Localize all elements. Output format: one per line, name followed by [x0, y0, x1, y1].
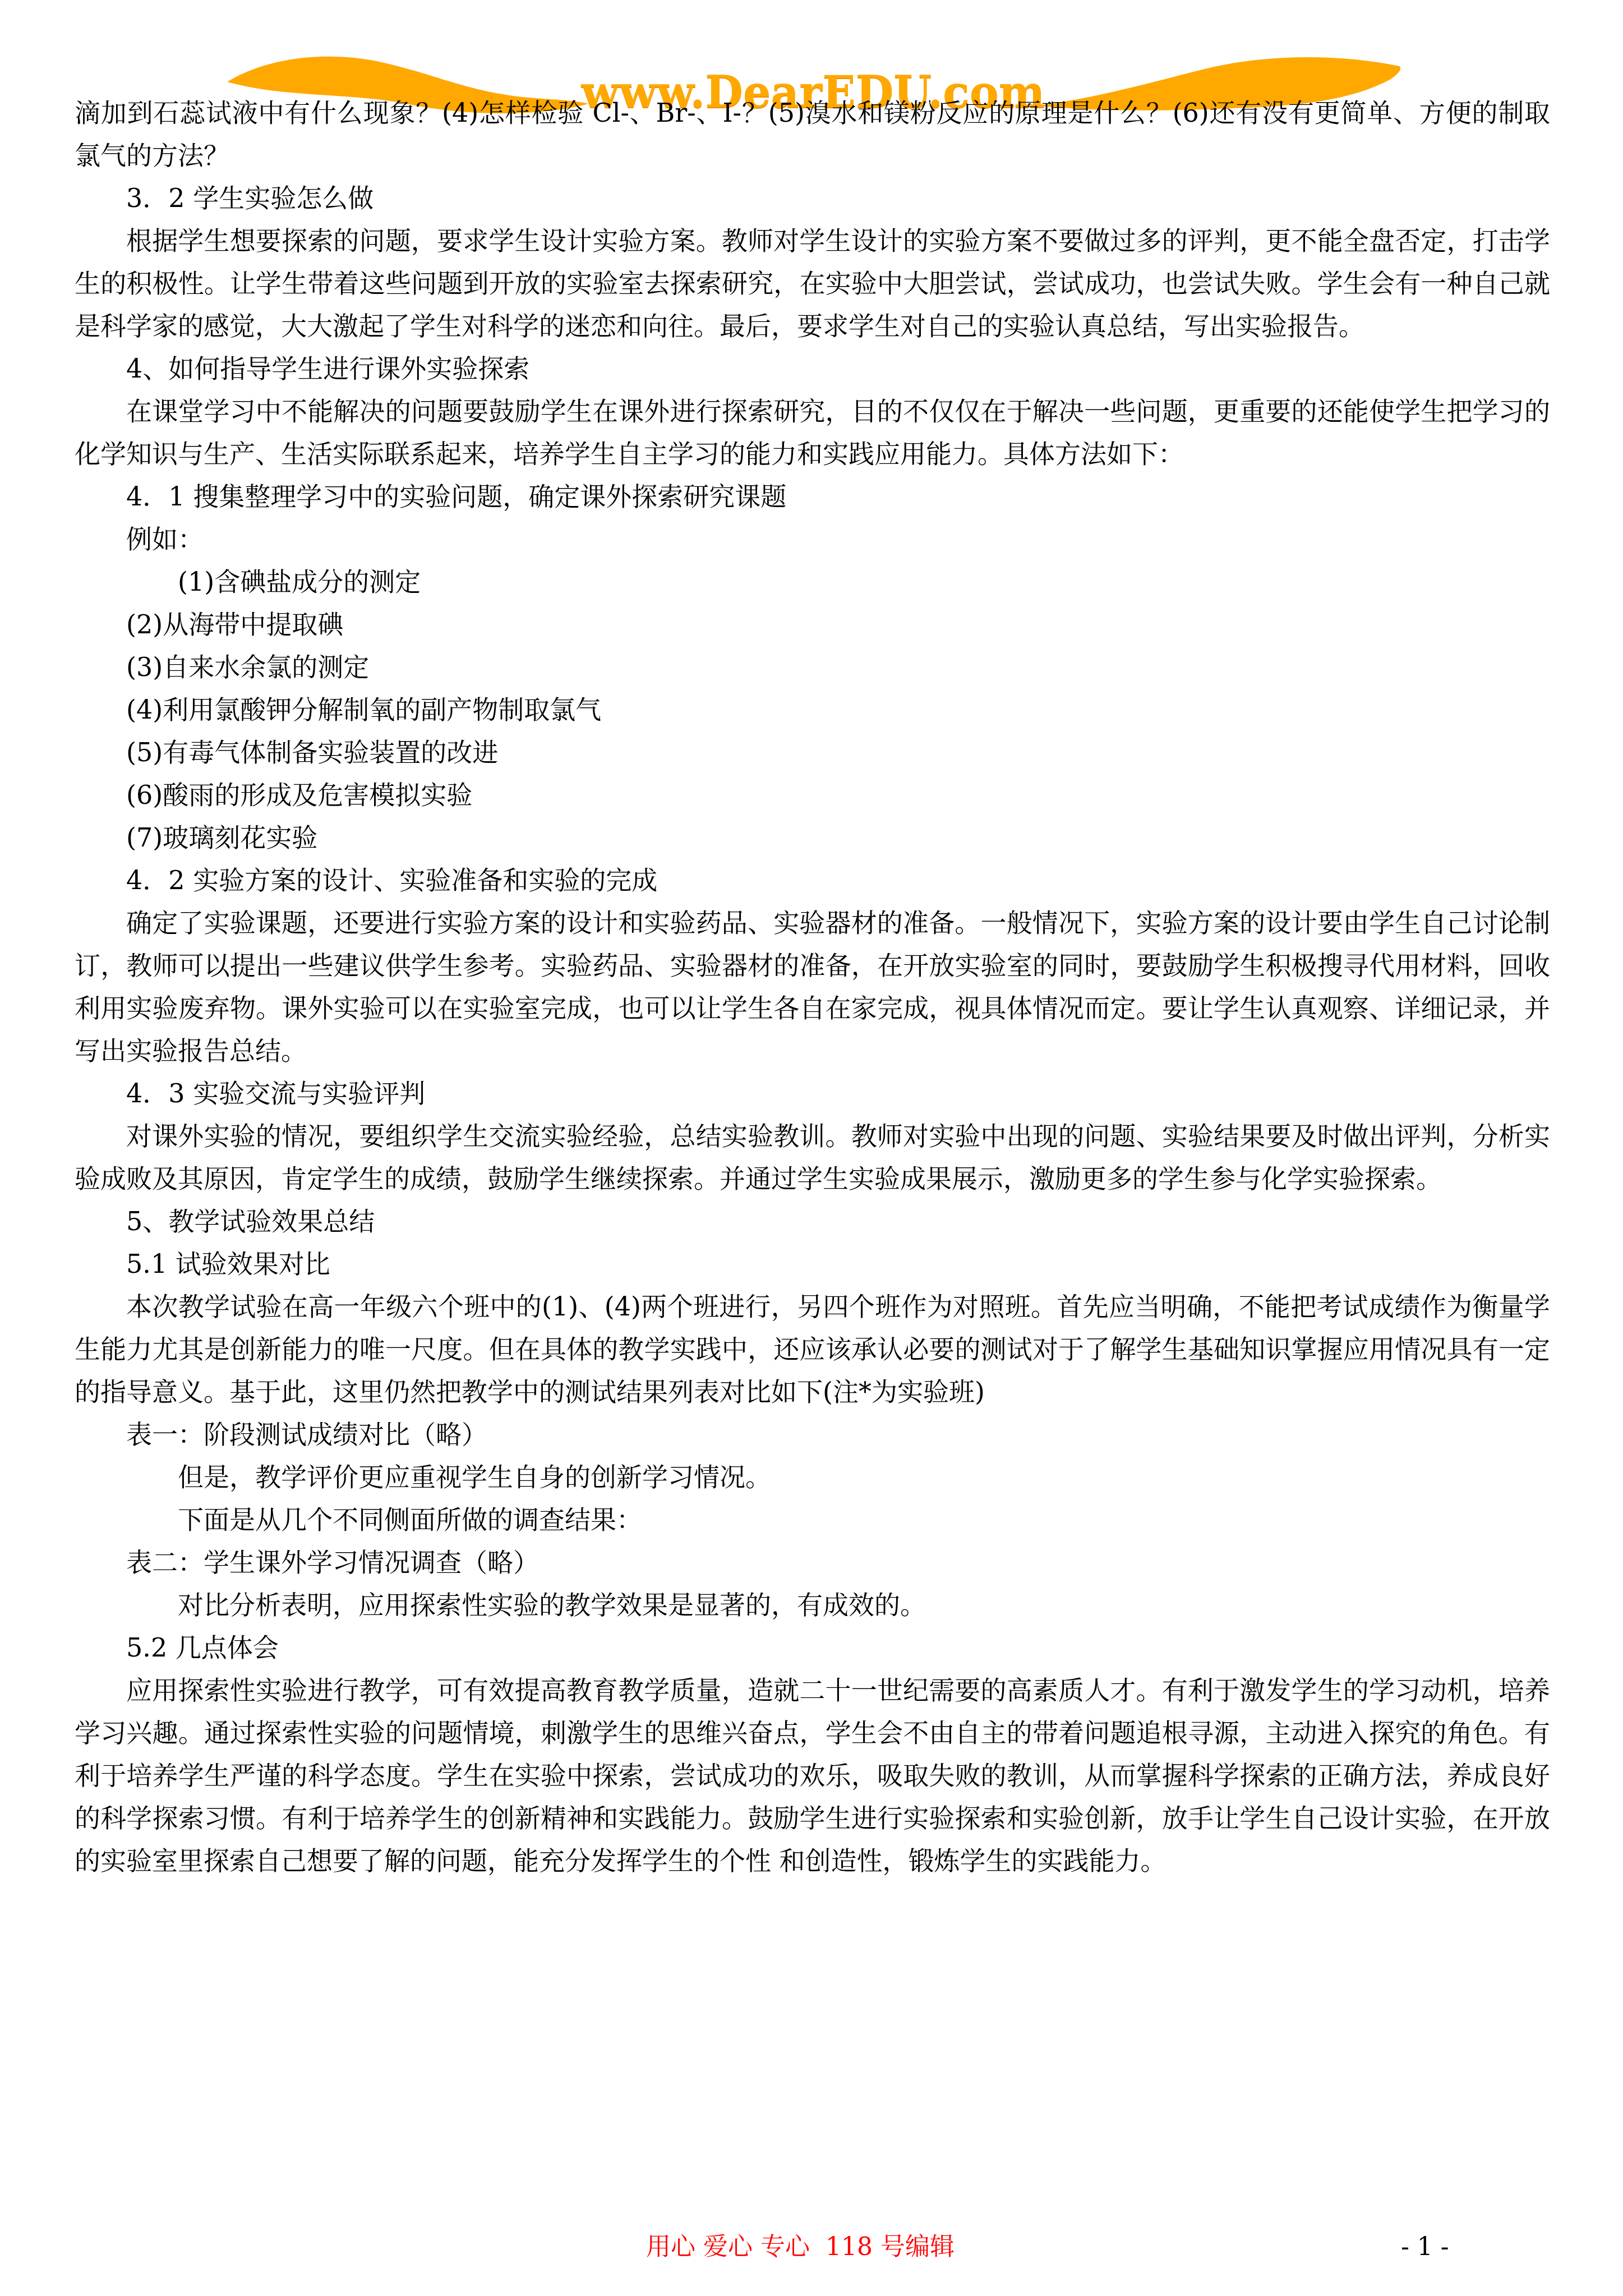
- footer-page-number: - 1 -: [1401, 2231, 1449, 2263]
- paragraph: 3．2 学生实验怎么做: [75, 177, 1550, 219]
- paragraph: 确定了实验课题，还要进行实验方案的设计和实验药品、实验器材的准备。一般情况下，实…: [75, 901, 1550, 1072]
- paragraph: 对比分析表明，应用探索性实验的教学效果是显著的，有成效的。: [75, 1584, 1550, 1626]
- paragraph: 例如：: [75, 518, 1550, 560]
- paragraph: 5.2 几点体会: [75, 1626, 1550, 1669]
- footer-editor-note: 用心 爱心 专心 118 号编辑: [646, 2231, 955, 2263]
- document-body: 滴加到石蕊试液中有什么现象？(4)怎样检验 Cl-、Br-、I-？(5)溴水和镁…: [75, 91, 1550, 1882]
- paragraph: 4、如何指导学生进行课外实验探索: [75, 347, 1550, 390]
- paragraph: 对课外实验的情况，要组织学生交流实验经验，总结实验教训。教师对实验中出现的问题、…: [75, 1115, 1550, 1200]
- paragraph: 下面是从几个不同侧面所做的调查结果：: [75, 1498, 1550, 1541]
- paragraph: (5)有毒气体制备实验装置的改进: [75, 731, 1550, 774]
- paragraph: (7)玻璃刻花实验: [75, 816, 1550, 859]
- paragraph: 本次教学试验在高一年级六个班中的(1)、(4)两个班进行，另四个班作为对照班。首…: [75, 1285, 1550, 1413]
- paragraph: 5.1 试验效果对比: [75, 1243, 1550, 1285]
- paragraph: 4．1 搜集整理学习中的实验问题，确定课外探索研究课题: [75, 475, 1550, 518]
- paragraph: 根据学生想要探索的问题，要求学生设计实验方案。教师对学生设计的实验方案不要做过多…: [75, 219, 1550, 347]
- paragraph: 4．3 实验交流与实验评判: [75, 1072, 1550, 1115]
- paragraph: (4)利用氯酸钾分解制氧的副产物制取氯气: [75, 688, 1550, 731]
- paragraph: 表一：阶段测试成绩对比（略）: [75, 1413, 1550, 1456]
- paragraph: 但是，教学评价更应重视学生自身的创新学习情况。: [75, 1456, 1550, 1498]
- paragraph: (3)自来水余氯的测定: [75, 646, 1550, 688]
- paragraph: (2)从海带中提取碘: [75, 603, 1550, 646]
- paragraph: (1)含碘盐成分的测定: [75, 560, 1550, 603]
- page-root: www.DearEDU.com 滴加到石蕊试液中有什么现象？(4)怎样检验 Cl…: [0, 0, 1623, 2296]
- paragraph: 4．2 实验方案的设计、实验准备和实验的完成: [75, 859, 1550, 901]
- paragraph: (6)酸雨的形成及危害模拟实验: [75, 774, 1550, 816]
- paragraph: 滴加到石蕊试液中有什么现象？(4)怎样检验 Cl-、Br-、I-？(5)溴水和镁…: [75, 91, 1550, 177]
- paragraph: 应用探索性实验进行教学，可有效提高教育教学质量，造就二十一世纪需要的高素质人才。…: [75, 1669, 1550, 1882]
- paragraph: 在课堂学习中不能解决的问题要鼓励学生在课外进行探索研究，目的不仅仅在于解决一些问…: [75, 390, 1550, 475]
- paragraph: 5、教学试验效果总结: [75, 1200, 1550, 1243]
- paragraph: 表二：学生课外学习情况调查（略）: [75, 1541, 1550, 1584]
